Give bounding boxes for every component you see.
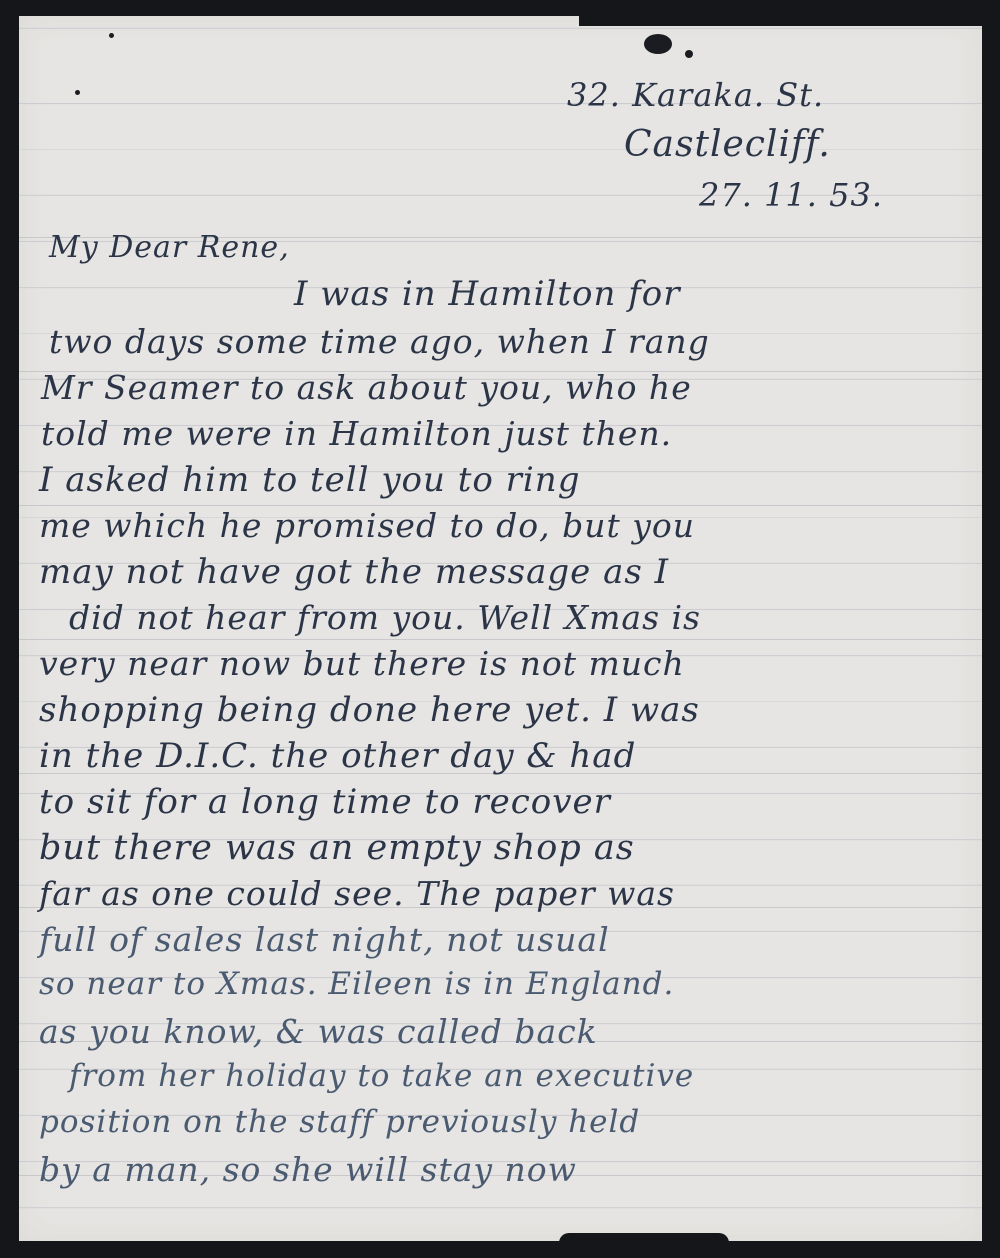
address-line-2: Castlecliff. xyxy=(624,124,831,165)
body-line: to sit for a long time to recover xyxy=(39,782,611,822)
body-line: Mr Seamer to ask about you, who he xyxy=(41,368,692,407)
body-line: by a man, so she will stay now xyxy=(39,1150,577,1189)
body-line: in the D.I.C. the other day & had xyxy=(39,736,636,776)
body-line: full of sales last night, not usual xyxy=(39,920,610,959)
body-line: far as one could see. The paper was xyxy=(39,874,675,913)
torn-top-edge xyxy=(579,14,999,26)
letter-page: 32. Karaka. St. Castlecliff. 27. 11. 53.… xyxy=(19,16,982,1241)
body-line: two days some time ago, when I rang xyxy=(49,322,710,361)
body-line: may not have got the message as I xyxy=(39,552,669,592)
body-line: shopping being done here yet. I was xyxy=(39,690,700,730)
torn-bottom-edge xyxy=(559,1233,729,1243)
body-line: me which he promised to do, but you xyxy=(39,506,695,545)
punch-mark xyxy=(109,33,114,38)
ink-blot xyxy=(685,50,693,58)
body-line: from her holiday to take an executive xyxy=(69,1058,694,1094)
body-line: told me were in Hamilton just then. xyxy=(41,414,672,453)
body-line: I asked him to tell you to ring xyxy=(39,460,580,500)
body-line: did not hear from you. Well Xmas is xyxy=(69,598,701,637)
body-line: so near to Xmas. Eileen is in England. xyxy=(39,966,674,1002)
address-line-1: 32. Karaka. St. xyxy=(567,76,824,114)
body-line: I was in Hamilton for xyxy=(294,274,681,314)
salutation: My Dear Rene, xyxy=(49,230,290,265)
letter-date: 27. 11. 53. xyxy=(699,176,883,214)
body-line: position on the staff previously held xyxy=(39,1104,640,1140)
body-line: but there was an empty shop as xyxy=(39,828,635,868)
body-line: as you know, & was called back xyxy=(39,1012,598,1051)
body-line: very near now but there is not much xyxy=(39,644,685,683)
ink-blot xyxy=(644,34,672,54)
punch-mark xyxy=(75,90,80,95)
